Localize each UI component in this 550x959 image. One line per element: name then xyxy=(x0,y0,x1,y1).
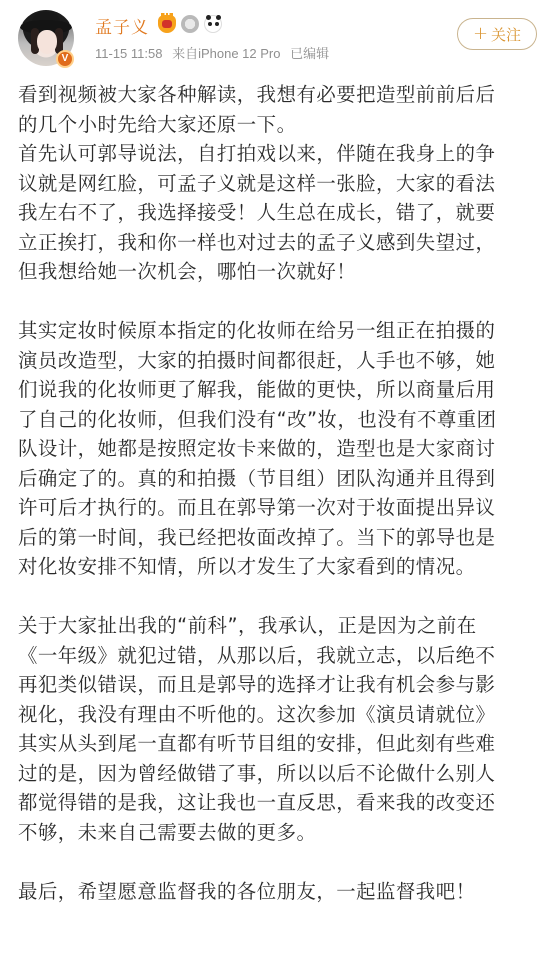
paragraph-gap xyxy=(18,582,533,612)
post-line: 再犯类似错误，而且是郭导的选择才让我有机会参与影 xyxy=(18,670,533,700)
post-line: 不够，未来自己需要去做的更多。 xyxy=(18,818,533,848)
post-line: 《一年级》就犯过错，从那以后，我就立志，以后绝不 xyxy=(18,641,533,671)
post-line: 后的第一时间，我已经把妆面改掉了。当下的郭导也是 xyxy=(18,523,533,553)
edited-label[interactable]: 已编辑 xyxy=(290,46,329,61)
post-source: 来自iPhone 12 Pro xyxy=(172,46,280,61)
username[interactable]: 孟子义 xyxy=(95,13,149,38)
post-line: 许可后才执行的。而且在郭导第一次对于妆面提出异议 xyxy=(18,493,533,523)
post-line: 都觉得错的是我，这让我也一直反思，看来我的改变还 xyxy=(18,788,533,818)
post-line: 其实从头到尾一直都有听节目组的安排，但此刻有些难 xyxy=(18,729,533,759)
panda-icon[interactable] xyxy=(204,15,222,33)
post-line: 关于大家扯出我的“前科”，我承认，正是因为之前在 xyxy=(18,611,533,641)
post-line: 首先认可郭导说法，自打拍戏以来，伴随在我身上的争 xyxy=(18,139,533,169)
post-line: 的几个小时先给大家还原一下。 xyxy=(18,110,533,140)
post-line: 们说我的化妆师更了解我，能做的更快，所以商量后用 xyxy=(18,375,533,405)
medal-icon[interactable] xyxy=(181,15,199,33)
follow-button[interactable]: + 关注 xyxy=(457,18,537,50)
post-line: 最后，希望愿意监督我的各位朋友，一起监督我吧！ xyxy=(18,877,533,907)
verified-badge-icon: V xyxy=(56,50,74,68)
post-meta: 11-15 11:58 来自iPhone 12 Pro 已编辑 xyxy=(95,43,335,62)
follow-label: 关注 xyxy=(491,24,521,45)
post-line: 后确定了的。真的和拍摄（节目组）团队沟通并且得到 xyxy=(18,464,533,494)
avatar-face xyxy=(37,30,57,54)
paragraph-gap xyxy=(18,847,533,877)
post-line: 但我想给她一次机会，哪怕一次就好！ xyxy=(18,257,533,287)
timestamp: 11-15 11:58 xyxy=(95,46,162,61)
post-line: 对化妆安排不知情，所以才发生了大家看到的情况。 xyxy=(18,552,533,582)
post-line: 立正挨打，我和你一样也对过去的孟子义感到失望过， xyxy=(18,228,533,258)
post-body: 看到视频被大家各种解读，我想有必要把造型前前后后 的几个小时先给大家还原一下。 … xyxy=(18,80,533,906)
paragraph-gap xyxy=(18,287,533,317)
post-line: 演员改造型，大家的拍摄时间都很赶，人手也不够，她 xyxy=(18,346,533,376)
post-line: 看到视频被大家各种解读，我想有必要把造型前前后后 xyxy=(18,80,533,110)
post-line: 了自己的化妆师，但我们没有“改”妆，也没有不尊重团 xyxy=(18,405,533,435)
post-line: 我左右不了，我选择接受！人生总在成长，错了，就要 xyxy=(18,198,533,228)
crown-icon[interactable] xyxy=(158,15,176,33)
user-badges xyxy=(158,15,222,33)
post-line: 议就是网红脸，可孟子义就是这样一张脸，大家的看法 xyxy=(18,169,533,199)
post-line: 视化，我没有理由不听他的。这次参加《演员请就位》 xyxy=(18,700,533,730)
post-line: 队设计，她都是按照定妆卡来做的，造型也是大家商讨 xyxy=(18,434,533,464)
post-line: 其实定妆时候原本指定的化妆师在给另一组正在拍摄的 xyxy=(18,316,533,346)
plus-icon: + xyxy=(473,25,488,43)
post-line: 过的是，因为曾经做错了事，所以以后不论做什么别人 xyxy=(18,759,533,789)
post-header: V 孟子义 11-15 11:58 来自iPhone 12 Pro 已编辑 + … xyxy=(0,0,550,75)
